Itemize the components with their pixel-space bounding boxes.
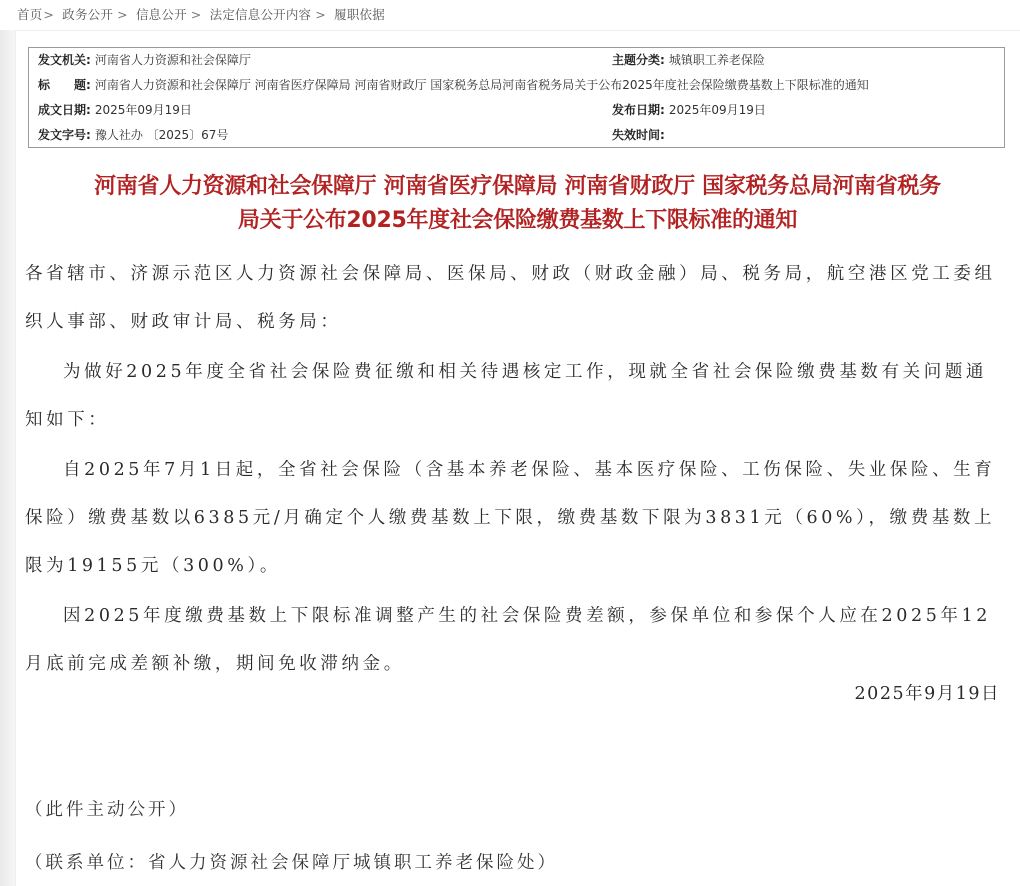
written-date-label: 成文日期: bbox=[38, 103, 91, 117]
breadcrumb-home[interactable]: 首页 bbox=[17, 7, 42, 22]
paragraph-2: 自2025年7月1日起，全省社会保险（含基本养老保险、基本医疗保险、工伤保险、失… bbox=[25, 446, 1000, 590]
topic-label: 主题分类: bbox=[612, 53, 665, 67]
document-title-line-2: 局关于公布2025年度社会保险缴费基数上下限标准的通知 bbox=[15, 204, 1020, 238]
document-body: 各省辖市、济源示范区人力资源社会保障局、医保局、财政（财政金融）局、税务局，航空… bbox=[25, 250, 1000, 688]
breadcrumb-separator: > bbox=[117, 7, 128, 22]
document-title: 河南省人力资源和社会保障厅 河南省医疗保障局 河南省财政厅 国家税务总局河南省税… bbox=[15, 170, 1020, 238]
written-date-row: 成文日期:2025年09月19日 bbox=[38, 99, 192, 121]
breadcrumb-info-disclosure[interactable]: 信息公开 bbox=[136, 7, 187, 22]
topic-row: 主题分类:城镇职工养老保险 bbox=[612, 49, 765, 71]
breadcrumb-separator: > bbox=[315, 7, 326, 22]
contact-unit: （联系单位：省人力资源社会保障厅城镇职工养老保险处） bbox=[25, 849, 558, 874]
paragraph-3: 因2025年度缴费基数上下限标准调整产生的社会保险费差额，参保单位和参保个人应在… bbox=[25, 592, 1000, 688]
document-metadata-box: 发文机关:河南省人力资源和社会保障厅 主题分类:城镇职工养老保险 标 题:河南省… bbox=[28, 47, 1005, 148]
recipients: 各省辖市、济源示范区人力资源社会保障局、医保局、财政（财政金融）局、税务局，航空… bbox=[25, 250, 1000, 346]
topic-value: 城镇职工养老保险 bbox=[669, 53, 765, 67]
issuer-row: 发文机关:河南省人力资源和社会保障厅 bbox=[38, 49, 251, 71]
signature-date: 2025年9月19日 bbox=[855, 680, 1000, 705]
written-date-value: 2025年09月19日 bbox=[95, 103, 192, 117]
issuer-value: 河南省人力资源和社会保障厅 bbox=[95, 53, 251, 67]
doc-number-value: 豫人社办 〔2025〕67号 bbox=[95, 128, 229, 142]
title-value: 河南省人力资源和社会保障厅 河南省医疗保障局 河南省财政厅 国家税务总局河南省税… bbox=[95, 78, 869, 92]
document-title-line-1: 河南省人力资源和社会保障厅 河南省医疗保障局 河南省财政厅 国家税务总局河南省税… bbox=[15, 170, 1020, 204]
paragraph-1: 为做好2025年度全省社会保险费征缴和相关待遇核定工作，现就全省社会保险缴费基数… bbox=[25, 348, 1000, 444]
title-row: 标 题:河南省人力资源和社会保障厅 河南省医疗保障局 河南省财政厅 国家税务总局… bbox=[38, 74, 869, 96]
breadcrumb-statutory-content[interactable]: 法定信息公开内容 bbox=[210, 7, 312, 22]
publish-date-row: 发布日期:2025年09月19日 bbox=[612, 99, 766, 121]
breadcrumb: 首页> 政务公开> 信息公开> 法定信息公开内容> 履职依据 bbox=[17, 5, 385, 23]
expiry-label: 失效时间: bbox=[612, 128, 665, 142]
publish-date-label: 发布日期: bbox=[612, 103, 665, 117]
publish-date-value: 2025年09月19日 bbox=[669, 103, 766, 117]
breadcrumb-separator: > bbox=[43, 7, 54, 22]
doc-number-row: 发文字号:豫人社办 〔2025〕67号 bbox=[38, 124, 228, 146]
public-note: （此件主动公开） bbox=[25, 796, 189, 821]
breadcrumb-duty-basis[interactable]: 履职依据 bbox=[334, 7, 385, 22]
expiry-row: 失效时间: bbox=[612, 124, 669, 146]
doc-number-label: 发文字号: bbox=[38, 128, 91, 142]
breadcrumb-gov-affairs[interactable]: 政务公开 bbox=[62, 7, 113, 22]
page-side-shadow bbox=[0, 30, 16, 886]
title-label: 标 题: bbox=[38, 78, 91, 92]
breadcrumb-separator: > bbox=[191, 7, 202, 22]
issuer-label: 发文机关: bbox=[38, 53, 91, 67]
